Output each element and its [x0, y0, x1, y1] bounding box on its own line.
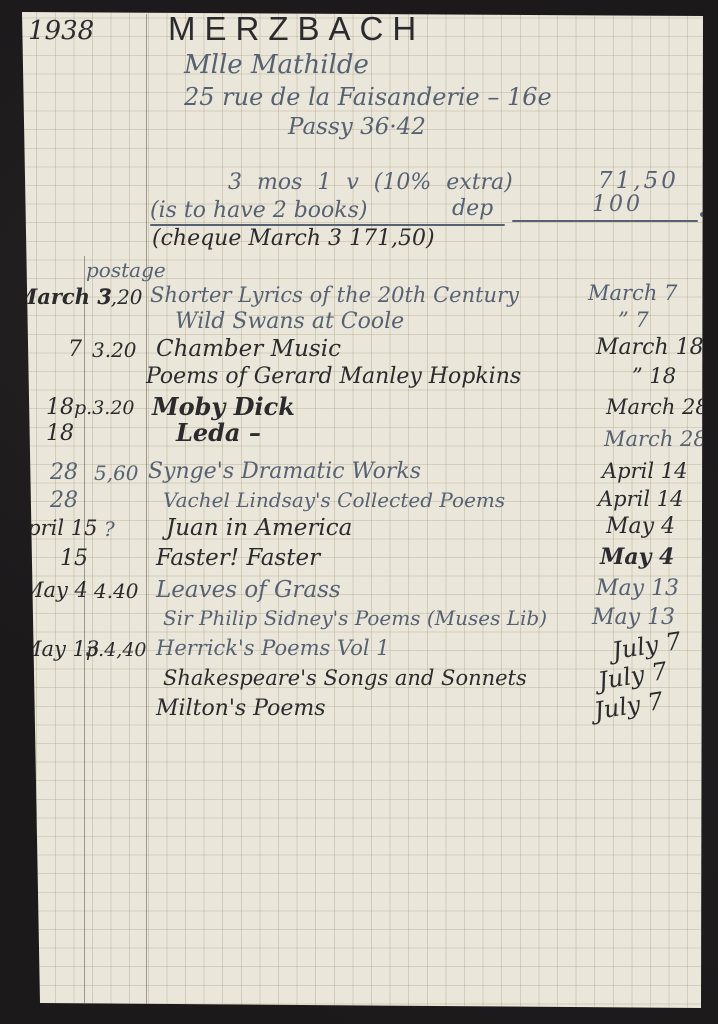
- entry-date: 7: [68, 339, 82, 361]
- entry-returned: ” 7: [618, 310, 649, 331]
- card-year: 1938: [28, 18, 94, 44]
- entry-returned: May 4: [606, 516, 675, 538]
- entry-title: Synge's Dramatic Works: [148, 461, 421, 483]
- entry-title: Leaves of Grass: [156, 579, 341, 602]
- deposit-underline-right: [512, 220, 698, 222]
- entry-title: Herrick's Poems Vol 1: [156, 638, 390, 659]
- deposit-line-dot: [700, 212, 705, 217]
- member-name: MERZBACH: [168, 12, 425, 45]
- subscription-terms: 3 mos 1 v (10% extra): [228, 172, 513, 194]
- entry-date: 15: [60, 548, 88, 570]
- entry-title: Shakespeare's Songs and Sonnets: [163, 668, 527, 689]
- entry-returned: ” 18: [632, 366, 676, 387]
- member-phone: Passy 36·42: [288, 116, 426, 139]
- entry-date: 18: [46, 397, 74, 419]
- entry-postage: 3.20: [92, 340, 137, 360]
- library-card: 1938 MERZBACH Mlle Mathilde 25 rue de la…: [0, 0, 718, 1024]
- cheque-note: (cheque March 3 171,50): [152, 228, 435, 250]
- entry-returned: March 28: [604, 429, 707, 450]
- entry-postage: p.4,40: [86, 641, 147, 660]
- entry-title: Milton's Poems: [156, 698, 326, 720]
- column-rule-main: [146, 14, 147, 1005]
- entry-title: Juan in America: [166, 517, 352, 540]
- entry-returned: March 18: [596, 337, 704, 359]
- entry-title: Faster! Faster: [156, 547, 320, 570]
- entry-date: May 4: [22, 580, 88, 601]
- entry-postage: p.3.20: [74, 399, 135, 418]
- entry-title: Moby Dick: [152, 395, 295, 419]
- entry-title: Vachel Lindsay's Collected Poems: [163, 490, 505, 510]
- entry-returned: April 14: [598, 489, 683, 510]
- entry-postage: 5,60: [94, 463, 139, 483]
- entry-returned: May 13: [592, 607, 675, 629]
- entry-returned: July 7: [611, 629, 683, 664]
- books-note: (is to have 2 books): [150, 200, 367, 222]
- entry-returned: April 14: [602, 461, 687, 482]
- entry-returned: March 7: [588, 283, 677, 304]
- postage-header: postage: [86, 260, 166, 280]
- entry-returned: May 4: [600, 546, 674, 568]
- entry-postage: ?: [104, 519, 115, 539]
- member-address: 25 rue de la Faisanderie – 16e: [184, 85, 552, 109]
- column-rule-left: [84, 256, 85, 1003]
- entry-postage: 4.40: [94, 581, 139, 601]
- entry-title: Wild Swans at Coole: [175, 311, 404, 333]
- entry-returned: March 28: [606, 397, 709, 418]
- deposit-amount: 100: [592, 194, 643, 216]
- entry-returned: May 13: [596, 578, 679, 600]
- entry-title: Shorter Lyrics of the 20th Century: [150, 285, 519, 306]
- member-title: Mlle Mathilde: [184, 52, 369, 78]
- entry-date: 18: [46, 423, 74, 445]
- entry-title: Leda –: [176, 421, 261, 445]
- subscription-amount: 71,50: [598, 170, 679, 193]
- deposit-label: dep: [452, 198, 493, 220]
- scanned-library-card-photo: 1938 MERZBACH Mlle Mathilde 25 rue de la…: [0, 0, 718, 1024]
- entry-date: 28: [50, 462, 78, 484]
- entry-date: April 15: [12, 518, 97, 539]
- entry-date: 28: [50, 490, 78, 512]
- entry-title: Chamber Music: [156, 338, 341, 361]
- entry-title: Poems of Gerard Manley Hopkins: [146, 366, 521, 388]
- entry-title: Sir Philip Sidney's Poems (Muses Lib): [163, 608, 547, 628]
- entry-postage: 3,20: [98, 287, 143, 307]
